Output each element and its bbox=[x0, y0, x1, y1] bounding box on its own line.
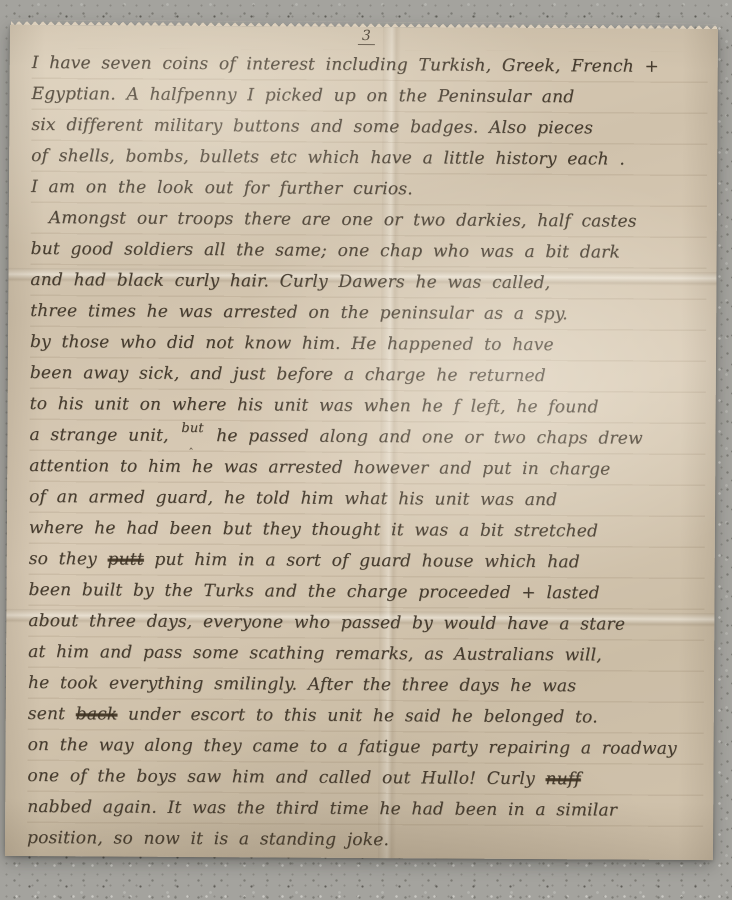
handwritten-text: I am on the look out for further curios. bbox=[31, 177, 413, 199]
letter-line: at him and pass some scathing remarks, a… bbox=[28, 637, 704, 672]
crossed-out-word: back bbox=[76, 704, 118, 724]
letter-line: I have seven coins of interest including… bbox=[32, 48, 708, 83]
handwritten-text: six different military buttons and some … bbox=[31, 115, 593, 138]
letter-line: Amongst our troops there are one or two … bbox=[31, 203, 707, 238]
handwritten-text: to his unit on where his unit was when h… bbox=[30, 394, 599, 417]
letter-line: nabbed again. It was the third time he h… bbox=[27, 792, 703, 827]
handwritten-text: a strange unit, bbox=[29, 425, 179, 446]
letter-line: I am on the look out for further curios. bbox=[31, 172, 707, 207]
letter-line: he took everything smilingly. After the … bbox=[28, 668, 704, 703]
handwritten-text: Egyptian. A halfpenny I picked up on the… bbox=[32, 84, 575, 107]
letter-line: one of the boys saw him and called out H… bbox=[27, 761, 703, 796]
handwritten-text: sent bbox=[28, 704, 76, 724]
letter-line: where he had been but they thought it wa… bbox=[29, 513, 705, 548]
letter-line: but good soldiers all the same; one chap… bbox=[31, 234, 707, 269]
letter-line: to his unit on where his unit was when h… bbox=[30, 389, 706, 424]
handwritten-text: been built by the Turks and the charge p… bbox=[28, 580, 599, 603]
letter-line: Egyptian. A halfpenny I picked up on the… bbox=[31, 79, 707, 114]
handwritten-text: but good soldiers all the same; one chap… bbox=[31, 239, 621, 263]
handwritten-text: three times he was arrested on the penin… bbox=[30, 301, 568, 324]
letter-line: sent back under escort to this unit he s… bbox=[28, 699, 704, 734]
handwritten-text: by those who did not know him. He happen… bbox=[30, 332, 554, 355]
crossed-out-word: nuff bbox=[545, 769, 580, 789]
handwritten-text: he took everything smilingly. After the … bbox=[28, 673, 576, 696]
handwritten-text: so they bbox=[29, 549, 108, 569]
letter-line: three times he was arrested on the penin… bbox=[30, 296, 706, 331]
handwritten-text: Amongst our troops there are one or two … bbox=[49, 208, 637, 232]
crossed-out-word: putt bbox=[107, 549, 143, 569]
letter-line: about three days, everyone who passed by… bbox=[28, 606, 704, 641]
handwritten-text: about three days, everyone who passed by… bbox=[28, 611, 625, 635]
letter-line: position, so now it is a standing joke. bbox=[27, 823, 703, 858]
letter-paper: 3 I have seven coins of interest includi… bbox=[5, 25, 718, 860]
letter-line: and had black curly hair. Curly Dawers h… bbox=[30, 265, 706, 300]
handwritten-text: on the way along they came to a fatigue … bbox=[28, 735, 677, 759]
handwritten-text: one of the boys saw him and called out H… bbox=[27, 766, 545, 789]
handwritten-text: and had black curly hair. Curly Dawers h… bbox=[30, 270, 550, 293]
handwritten-text: at him and pass some scathing remarks, a… bbox=[28, 642, 602, 666]
letter-line: of an armed guard, he told him what his … bbox=[29, 482, 705, 517]
letter-line: been away sick, and just before a charge… bbox=[30, 358, 706, 393]
handwritten-text: been away sick, and just before a charge… bbox=[30, 363, 546, 386]
handwritten-text: attention to him he was arrested however… bbox=[29, 456, 610, 480]
photo-of-letter: { "scene": { "surface_name": "speckled-g… bbox=[0, 0, 732, 900]
handwritten-text: position, so now it is a standing joke. bbox=[27, 828, 389, 850]
handwritten-text: of shells, bombs, bullets etc which have… bbox=[31, 146, 625, 170]
page-number: 3 bbox=[358, 28, 375, 45]
handwritten-text: where he had been but they thought it wa… bbox=[29, 518, 598, 541]
handwritten-text: put him in a sort of guard house which h… bbox=[144, 550, 580, 573]
handwritten-text: he passed along and one or two chaps dre… bbox=[206, 426, 643, 449]
letter-line: of shells, bombs, bullets etc which have… bbox=[31, 141, 707, 176]
letter-line: on the way along they came to a fatigue … bbox=[28, 730, 704, 765]
letter-line: six different military buttons and some … bbox=[31, 110, 707, 145]
letter-line: so they putt put him in a sort of guard … bbox=[29, 544, 705, 579]
letter-line: been built by the Turks and the charge p… bbox=[28, 575, 704, 610]
handwritten-text: under escort to this unit he said he bel… bbox=[117, 705, 598, 728]
handwritten-text: nabbed again. It was the third time he h… bbox=[27, 797, 617, 821]
letter-body: I have seven coins of interest including… bbox=[27, 48, 708, 852]
letter-line: a strange unit, but he passed along and … bbox=[29, 420, 705, 455]
inserted-word: but bbox=[179, 413, 206, 444]
handwritten-text: I have seven coins of interest including… bbox=[32, 53, 659, 77]
letter-line: by those who did not know him. He happen… bbox=[30, 327, 706, 362]
letter-line: attention to him he was arrested however… bbox=[29, 451, 705, 486]
handwritten-text: of an armed guard, he told him what his … bbox=[29, 487, 557, 510]
